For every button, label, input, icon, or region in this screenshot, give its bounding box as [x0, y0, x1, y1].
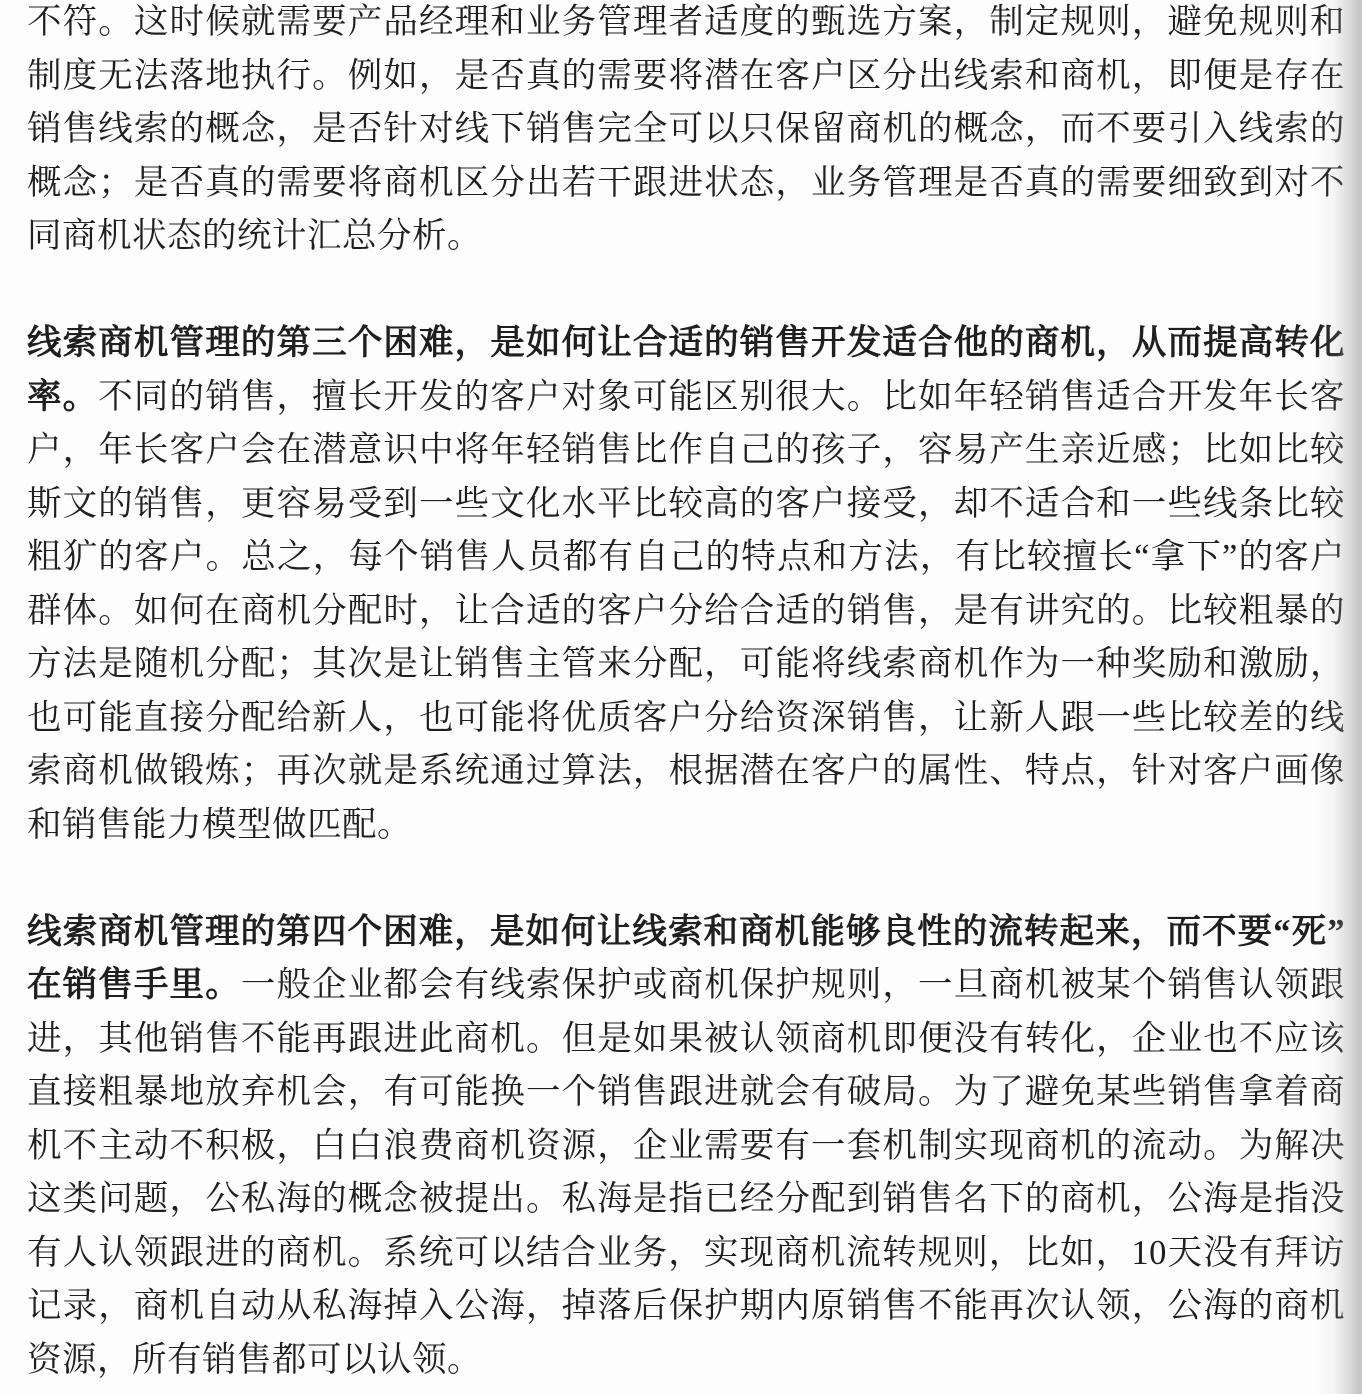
paragraph: 线索商机管理的第四个困难，是如何让线索和商机能够良性的流转起来，而不要“死”在销… — [27, 906, 1345, 1388]
paragraph-body-text: 一般企业都会有线索保护或商机保护规则，一旦商机被某个销售认领跟进，其他销售不能再… — [27, 966, 1345, 1379]
paragraph: 不符。这时候就需要产品经理和业务管理者适度的甄选方案，制定规则，避免规则和制度无… — [27, 0, 1345, 264]
paragraph-body-text: 不同的销售，擅长开发的客户对象可能区别很大。比如年轻销售适合开发年长客户，年长客… — [27, 378, 1345, 844]
paragraph: 线索商机管理的第三个困难，是如何让合适的销售开发适合他的商机，从而提高转化率。不… — [27, 317, 1345, 852]
paragraph-body-text: 不符。这时候就需要产品经理和业务管理者适度的甄选方案，制定规则，避免规则和制度无… — [27, 3, 1345, 255]
page-text-content: 不符。这时候就需要产品经理和业务管理者适度的甄选方案，制定规则，避免规则和制度无… — [27, 0, 1345, 1387]
reading-page: 不符。这时候就需要产品经理和业务管理者适度的甄选方案，制定规则，避免规则和制度无… — [0, 0, 1362, 1394]
